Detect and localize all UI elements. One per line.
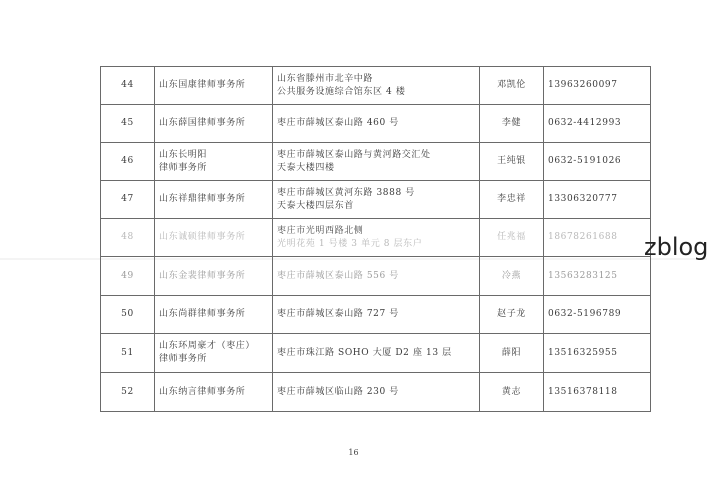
table-row: 49 山东金裴律师事务所 枣庄市薛城区泰山路 556 号 冷燕 13563283… bbox=[101, 257, 651, 296]
row-number: 50 bbox=[101, 296, 155, 334]
row-number: 44 bbox=[101, 67, 155, 105]
phone-number: 0632-4412993 bbox=[544, 105, 651, 143]
firm-address: 枣庄市薛城区泰山路 556 号 bbox=[273, 257, 480, 296]
table-row: 48 山东诚硕律师事务所 枣庄市光明西路北侧光明花苑 1 号楼 3 单元 8 层… bbox=[101, 219, 651, 257]
firm-name: 山东金裴律师事务所 bbox=[155, 257, 273, 296]
firm-address: 枣庄市薛城区泰山路与黄河路交汇处天泰大楼四楼 bbox=[273, 143, 480, 181]
row-number: 48 bbox=[101, 219, 155, 257]
phone-number: 0632-5196789 bbox=[544, 296, 651, 334]
page-number: 16 bbox=[0, 448, 707, 457]
contact-person: 李忠祥 bbox=[480, 181, 544, 219]
firm-name: 山东薛国律师事务所 bbox=[155, 105, 273, 143]
firm-address: 枣庄市薛城区泰山路 460 号 bbox=[273, 105, 480, 143]
contact-person: 赵子龙 bbox=[480, 296, 544, 334]
contact-person: 王纯银 bbox=[480, 143, 544, 181]
contact-person: 薛阳 bbox=[480, 334, 544, 373]
phone-number: 13516325955 bbox=[544, 334, 651, 373]
row-number: 45 bbox=[101, 105, 155, 143]
phone-number: 0632-5191026 bbox=[544, 143, 651, 181]
watermark-text: zblog bbox=[644, 233, 707, 261]
contact-person: 冷燕 bbox=[480, 257, 544, 296]
row-number: 51 bbox=[101, 334, 155, 373]
firm-name: 山东环周豪才（枣庄）律师事务所 bbox=[155, 334, 273, 373]
firm-name: 山东纳言律师事务所 bbox=[155, 373, 273, 412]
phone-number: 13563283125 bbox=[544, 257, 651, 296]
table-row: 44 山东国康律师事务所 山东省滕州市北辛中路公共服务设施综合馆东区 4 楼 邓… bbox=[101, 67, 651, 105]
table-row: 51 山东环周豪才（枣庄）律师事务所 枣庄市珠江路 SOHO 大厦 D2 座 1… bbox=[101, 334, 651, 373]
phone-number: 18678261688 bbox=[544, 219, 651, 257]
firm-address: 枣庄市薛城区临山路 230 号 bbox=[273, 373, 480, 412]
firm-name: 山东尚群律师事务所 bbox=[155, 296, 273, 334]
firm-address: 枣庄市薛城区泰山路 727 号 bbox=[273, 296, 480, 334]
table-row: 47 山东祥鼎律师事务所 枣庄市薛城区黄河东路 3888 号天泰大楼四层东首 李… bbox=[101, 181, 651, 219]
firm-address: 山东省滕州市北辛中路公共服务设施综合馆东区 4 楼 bbox=[273, 67, 480, 105]
table-row: 52 山东纳言律师事务所 枣庄市薛城区临山路 230 号 黄志 13516378… bbox=[101, 373, 651, 412]
contact-person: 李健 bbox=[480, 105, 544, 143]
row-number: 47 bbox=[101, 181, 155, 219]
firm-address: 枣庄市珠江路 SOHO 大厦 D2 座 13 层 bbox=[273, 334, 480, 373]
table-row: 46 山东长明阳律师事务所 枣庄市薛城区泰山路与黄河路交汇处天泰大楼四楼 王纯银… bbox=[101, 143, 651, 181]
phone-number: 13963260097 bbox=[544, 67, 651, 105]
table-row: 45 山东薛国律师事务所 枣庄市薛城区泰山路 460 号 李健 0632-441… bbox=[101, 105, 651, 143]
contact-person: 邓凯伦 bbox=[480, 67, 544, 105]
law-firm-table: 44 山东国康律师事务所 山东省滕州市北辛中路公共服务设施综合馆东区 4 楼 邓… bbox=[100, 66, 651, 412]
table-row: 50 山东尚群律师事务所 枣庄市薛城区泰山路 727 号 赵子龙 0632-51… bbox=[101, 296, 651, 334]
phone-number: 13516378118 bbox=[544, 373, 651, 412]
contact-person: 任兆福 bbox=[480, 219, 544, 257]
contact-person: 黄志 bbox=[480, 373, 544, 412]
firm-address: 枣庄市薛城区黄河东路 3888 号天泰大楼四层东首 bbox=[273, 181, 480, 219]
phone-number: 13306320777 bbox=[544, 181, 651, 219]
firm-name: 山东诚硕律师事务所 bbox=[155, 219, 273, 257]
firm-address: 枣庄市光明西路北侧光明花苑 1 号楼 3 单元 8 层东户 bbox=[273, 219, 480, 257]
row-number: 49 bbox=[101, 257, 155, 296]
row-number: 52 bbox=[101, 373, 155, 412]
row-number: 46 bbox=[101, 143, 155, 181]
firm-name: 山东国康律师事务所 bbox=[155, 67, 273, 105]
firm-name: 山东祥鼎律师事务所 bbox=[155, 181, 273, 219]
firm-name: 山东长明阳律师事务所 bbox=[155, 143, 273, 181]
